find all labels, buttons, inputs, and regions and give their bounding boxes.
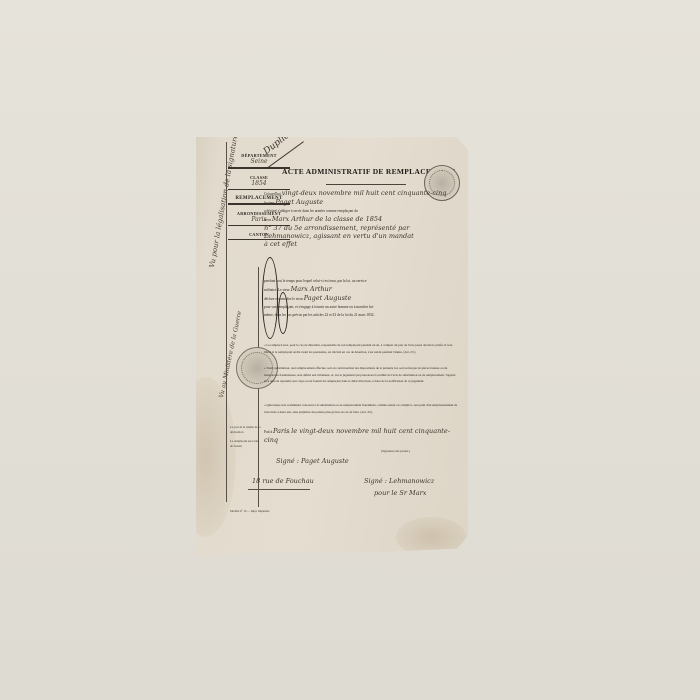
handwritten-line: à cet effet <box>264 240 460 248</box>
footer-note: Modèle n° 10 — Impr. Impériale <box>230 509 290 514</box>
legal-article-23: « Le remplacé sera, pour le cas de déser… <box>264 342 460 355</box>
signature-address: 18 rue de Fouchau <box>252 477 314 485</box>
signature-flourish <box>278 292 288 334</box>
signature-for-marx: pour le Sr Marx <box>374 489 426 497</box>
handwritten-date: le vingt-deux novembre mil huit cent cin… <box>264 427 450 444</box>
print-text: a déclaré s'obliger à servir dans les ar… <box>264 207 460 215</box>
document-sheet: Vu pour la légalisation de la signature … <box>196 137 468 557</box>
handwritten-place: Paris <box>273 427 289 435</box>
legal-article-43-fraud: « Quiconque sera sciemment concouru à la… <box>264 402 460 415</box>
print-text: sieur <box>264 218 271 222</box>
obligation-paragraph: pendant tout le temps pour lequel celui-… <box>264 277 460 319</box>
classe-value: 1854 <box>224 180 294 187</box>
declaration-paragraph: Cejourd'hui vingt-deux novembre mil huit… <box>264 189 460 248</box>
signature-flourish <box>262 257 278 339</box>
print-text: pour son remplaçant, et s'engage à fourn… <box>264 303 460 311</box>
departement-value: Seine <box>224 158 294 165</box>
divider <box>228 167 290 169</box>
print-text: Cejourd'hui <box>264 192 281 196</box>
handwritten-name: Marx Arthur <box>291 285 332 293</box>
underline <box>248 489 310 490</box>
handwritten-replaced-name: Marx Arthur de la classe de 1854 <box>272 215 382 223</box>
title-rule <box>326 184 406 185</box>
handwritten-name: Paget Auguste <box>304 294 352 302</box>
handwritten-line: Lehmanowicz, agissant en vertu d'un mand… <box>264 232 460 240</box>
place-date-line: Fait à Paris, le vingt-deux novembre mil… <box>264 427 460 445</box>
margin-note: Le remplaçant sera tenu de fournir <box>230 439 262 449</box>
signatures-caption: (Signatures des parties.) <box>381 449 410 454</box>
print-text: Fait à <box>264 430 272 434</box>
print-text: le sieur <box>264 201 274 205</box>
signature-lehmanowicz: Signé : Lehmanowicz <box>364 477 434 485</box>
print-text: pendant tout le temps pour lequel celui-… <box>264 277 460 285</box>
signature-paget: Signé : Paget Auguste <box>276 457 349 465</box>
handwritten-line: n° 37 du 5e arrondissement, représenté p… <box>264 224 460 232</box>
margin-note: Le jour de la remise de la déclaration <box>230 425 262 435</box>
legal-article-43: « Toute substitution, tout remplacement … <box>264 365 460 385</box>
print-text: même, dans les cas prévus par les articl… <box>264 311 460 319</box>
handwritten-replacement-name: Paget Auguste <box>275 198 323 206</box>
handwritten-date: vingt-deux novembre mil huit cent cinqua… <box>282 189 447 197</box>
